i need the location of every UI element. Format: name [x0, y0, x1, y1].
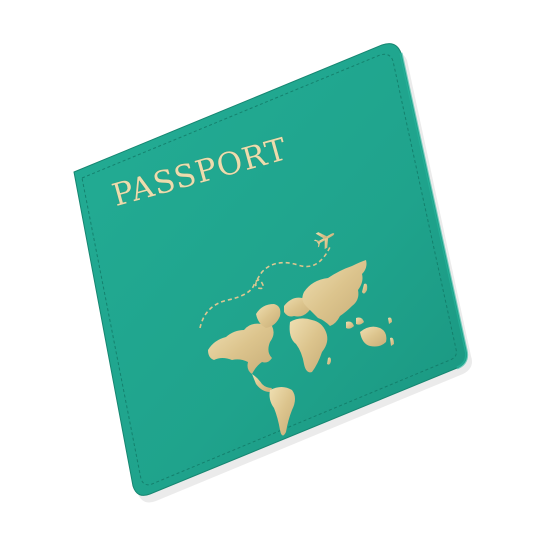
passport-cover-illustration — [0, 0, 533, 533]
passport-cover — [74, 44, 467, 496]
product-photo: PASSPORT — [0, 0, 533, 533]
